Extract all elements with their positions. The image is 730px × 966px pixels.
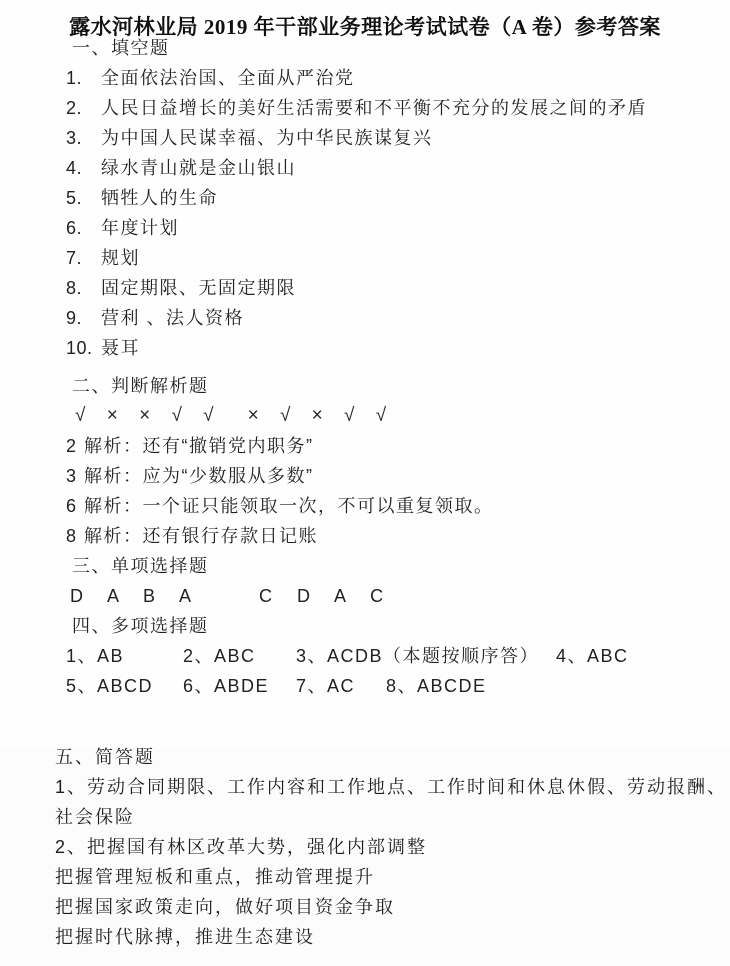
item-answer-text: 绿水青山就是金山银山 [101,158,296,178]
multi-choice-answer: 1、AB [66,641,183,671]
multi-choice-answer: 4、ABC [556,641,629,671]
fill-blank-item: 8.固定期限、无固定期限 [66,273,700,303]
judgement-heading: 二、判断解析题 [66,371,700,401]
multi-choice-row: 1、AB2、ABC3、ACDB（本题按顺序答）4、ABC [66,641,700,671]
exam-answer-document: 露水河林业局 2019 年干部业务理论考试试卷（A 卷）参考答案 一、填空题 1… [0,0,730,966]
short-answer-line: 2、把握国有林区改革大势，强化内部调整 [55,832,706,862]
answer-body-top: 一、填空题 1.全面依法治国、全面从严治党 2.人民日益增长的美好生活需要和不平… [0,33,730,701]
single-choice-answers: D A B AC D A C [66,581,700,611]
judgement-note: 6 解析：一个证只能领取一次，不可以重复领取。 [66,491,700,521]
item-answer-text: 人民日益增长的美好生活需要和不平衡不充分的发展之间的矛盾 [101,98,647,118]
short-answer-line: 把握管理短板和重点，推动管理提升 [55,862,706,892]
item-number: 6. [66,213,101,243]
multi-choice-answer: 8、ABCDE [386,671,487,701]
item-answer-text: 固定期限、无固定期限 [101,278,296,298]
item-number: 5. [66,183,101,213]
short-answer-line: 把握国家政策走向，做好项目资金争取 [55,892,706,922]
fill-blank-item: 2.人民日益增长的美好生活需要和不平衡不充分的发展之间的矛盾 [66,93,700,123]
item-number: 1. [66,63,101,93]
fill-blank-item: 6.年度计划 [66,213,700,243]
item-number: 2. [66,93,101,123]
item-answer-text: 规划 [101,248,140,268]
judgement-marks-group1: √ × × √ √ [75,405,222,426]
item-answer-text: 全面依法治国、全面从严治党 [101,68,355,88]
multi-choice-answer: 7、AC [296,671,386,701]
fill-blank-item: 3.为中国人民谋幸福、为中华民族谋复兴 [66,123,700,153]
fill-blank-item: 1.全面依法治国、全面从严治党 [66,63,700,93]
item-answer-text: 聂耳 [101,338,140,358]
short-answer-line: 1、劳动合同期限、工作内容和工作地点、工作时间和休息休假、劳动报酬、 [55,772,706,802]
item-answer-text: 为中国人民谋幸福、为中华民族谋复兴 [101,128,433,148]
fill-blank-item: 10.聂耳 [66,333,700,363]
fill-blank-item: 9.营利 、法人资格 [66,303,700,333]
short-answer-line: 社会保险 [55,802,706,832]
item-number: 8. [66,273,101,303]
single-choice-heading: 三、单项选择题 [66,551,700,581]
document-title: 露水河林业局 2019 年干部业务理论考试试卷（A 卷）参考答案 [0,0,730,33]
judgement-note: 2 解析：还有“撤销党内职务” [66,431,700,461]
single-choice-group1: D A B A [70,586,201,606]
short-answer-heading: 五、简答题 [55,742,706,772]
item-answer-text: 牺牲人的生命 [101,188,218,208]
fill-blank-item: 5.牺牲人的生命 [66,183,700,213]
item-number: 3. [66,123,101,153]
multi-choice-answer: 2、ABC [183,641,296,671]
fill-blank-item: 7.规划 [66,243,700,273]
multi-choice-heading: 四、多项选择题 [66,611,700,641]
item-number: 7. [66,243,101,273]
judgement-note: 8 解析：还有银行存款日记账 [66,521,700,551]
judgement-note: 3 解析：应为“少数服从多数” [66,461,700,491]
item-answer-text: 营利 、法人资格 [101,308,244,328]
item-number: 4. [66,153,101,183]
item-number: 10. [66,333,101,363]
judgement-marks-row: √ × × √ √× √ × √ √ [66,401,700,431]
judgement-marks-group2: × √ × √ √ [248,405,395,426]
multi-choice-answer: 5、ABCD [66,671,183,701]
item-number: 9. [66,303,101,333]
item-answer-text: 年度计划 [101,218,179,238]
multi-choice-row: 5、ABCD6、ABDE7、AC8、ABCDE [66,671,700,701]
single-choice-group2: C D A C [259,586,393,606]
answer-body-bottom: 五、简答题 1、劳动合同期限、工作内容和工作地点、工作时间和休息休假、劳动报酬、… [0,742,730,952]
fill-blank-item: 4.绿水青山就是金山银山 [66,153,700,183]
multi-choice-answer: 6、ABDE [183,671,296,701]
multi-choice-answer: 3、ACDB（本题按顺序答） [296,641,556,671]
short-answer-line: 把握时代脉搏，推进生态建设 [55,922,706,952]
